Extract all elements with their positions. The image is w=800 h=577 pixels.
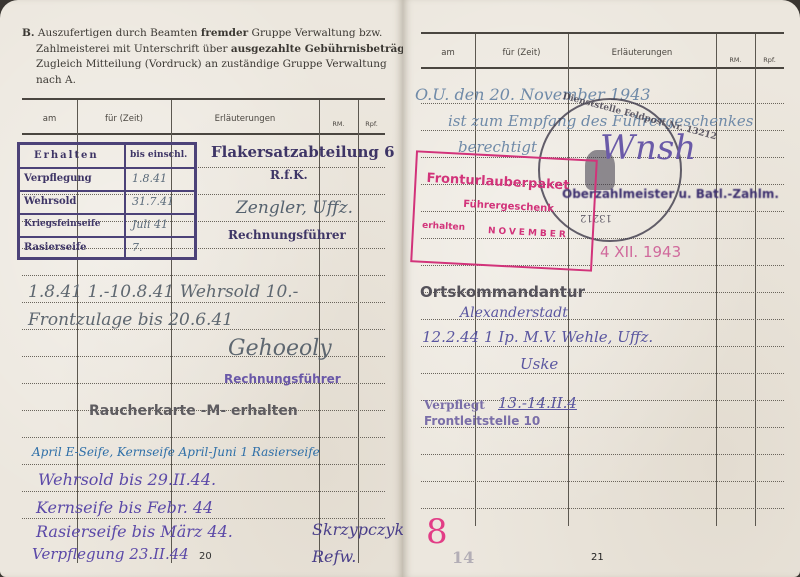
instr-text: Zahlmeisterei mit Unterschrift über xyxy=(36,43,231,55)
instruction-line-4: nach A. xyxy=(22,73,387,89)
dotted-row xyxy=(22,437,385,438)
rechnungsfuehrer-stamp: Rechnungsführer xyxy=(228,228,346,242)
stamp-header-erhalten: Erhalten xyxy=(34,150,99,161)
dotted-row xyxy=(22,518,385,519)
dotted-row xyxy=(421,481,784,482)
instr-text: Auszufertigen durch Beamten xyxy=(38,27,201,39)
stamp-value-rasierseife: 7. xyxy=(132,241,143,254)
stamp-divider xyxy=(124,145,126,257)
fronturlauberpaket-stamp: Fronturlauberpaket Führergeschenk erhalt… xyxy=(410,150,598,271)
col-header-rpf: Rpf. xyxy=(358,120,385,128)
column-divider xyxy=(358,100,359,563)
instruction-line-3: Zugleich Mitteilung (Vordruck) an zustän… xyxy=(22,57,387,73)
stamp-header-bis: bis einschl. xyxy=(130,150,187,160)
dotted-row xyxy=(22,491,385,492)
entry-1-line-1: 1.8.41 1.-10.8.41 Wehrsold 10.- xyxy=(28,282,298,302)
dotted-row xyxy=(22,464,385,465)
col-header-rm: RM. xyxy=(716,56,755,64)
stamp-value-kriegsfeinseife: Juli 41 xyxy=(132,218,168,231)
frontur-line-3b: NOVEMBER xyxy=(488,226,569,240)
col-header-fuer-zeit: für (Zeit) xyxy=(475,48,568,58)
entry-2-line-5: Verpflegung 23.II.44 xyxy=(32,545,189,563)
instruction-line-2: Zahlmeisterei mit Unterschrift über ausg… xyxy=(22,42,387,58)
instructions-block: B. Auszufertigen durch Beamten fremder G… xyxy=(22,26,387,88)
signature-gehoeoly: Gehoeoly xyxy=(228,336,332,361)
col-header-erlaeuterungen: Erläuterungen xyxy=(568,48,716,58)
dotted-row xyxy=(22,275,385,276)
stamp-value-wehrsold: 31.7.41 xyxy=(132,195,174,208)
stamp-row-rule xyxy=(20,190,194,192)
place-alexanderstadt: Alexanderstadt xyxy=(460,305,568,321)
left-page: B. Auszufertigen durch Beamten fremder G… xyxy=(0,0,403,577)
stamp-row-rule xyxy=(20,213,194,215)
signature-large: Wnsh xyxy=(600,128,696,168)
frontleitstelle-stamp: Frontleitstelle 10 xyxy=(424,414,540,428)
erhalten-stamp: Erhalten bis einschl. Verpflegung 1.8.41… xyxy=(17,142,197,260)
dark-official-stamp: Oberzahlmeister u. Batl.-Zahlm. xyxy=(562,187,779,201)
raucherkarte-stamp: Raucherkarte -M- erhalten xyxy=(89,403,298,419)
dotted-row xyxy=(421,346,784,347)
instr-bold: ausgezahlte Gebührnisbeträge. xyxy=(231,43,403,55)
column-divider xyxy=(475,34,476,526)
signature-refw: Refw. xyxy=(312,547,356,566)
stamp-row-rule xyxy=(20,236,194,238)
col-header-erlaeuterungen: Erläuterungen xyxy=(171,114,319,124)
column-divider xyxy=(319,100,320,563)
date-stamp: 4 XII. 1943 xyxy=(600,243,681,261)
column-divider xyxy=(755,34,756,526)
ortskommandantur-entry: 12.2.44 1 Ip. M.V. Wehle, Uffz. xyxy=(422,328,653,346)
col-header-fuer-zeit: für (Zeit) xyxy=(77,114,171,124)
frontur-line-2: Führergeschenk xyxy=(463,199,554,215)
col-header-rm: RM. xyxy=(319,120,358,128)
verpflegt-dates: 13.-14.II.4 xyxy=(498,394,577,412)
signature-uske: Uske xyxy=(520,355,558,373)
frontur-line-1: Fronturlauberpaket xyxy=(426,171,570,193)
dotted-row xyxy=(421,508,784,509)
dotted-row xyxy=(22,302,385,303)
entry-2-line-3: Kernseife bis Febr. 44 xyxy=(36,498,213,517)
entry-2-line-1: April E-Seife, Kernseife April-Juni 1 Ra… xyxy=(32,445,320,459)
dotted-row xyxy=(421,373,784,374)
dotted-row xyxy=(421,454,784,455)
entry-2-line-4: Rasierseife bis März 44. xyxy=(36,522,233,541)
entry-1-line-2: Frontzulage bis 20.6.41 xyxy=(28,310,233,330)
page-number-left: 20 xyxy=(199,551,212,562)
rechnungsfuehrer-stamp-2: Rechnungsführer xyxy=(224,372,341,386)
stamp-label-wehrsold: Wehrsold xyxy=(24,196,76,207)
faded-number: 14 xyxy=(452,548,474,567)
page-number-right: 21 xyxy=(591,552,604,563)
unit-abbrev: R.f.K. xyxy=(270,168,308,182)
signature-zengler: Zengler, Uffz. xyxy=(236,198,353,218)
unit-stamp: Flakersatzabteilung 6 xyxy=(211,143,395,161)
stamp-label-verpflegung: Verpflegung xyxy=(24,173,92,184)
entry-2-line-2: Wehrsold bis 29.II.44. xyxy=(38,470,216,489)
col-header-am: am xyxy=(421,48,475,58)
section-marker: B. xyxy=(22,27,35,39)
pink-mark: 8 xyxy=(426,512,448,552)
ortskommandantur-stamp: Ortskommandantur xyxy=(420,283,585,301)
col-header-am: am xyxy=(22,114,77,124)
stamp-row-rule xyxy=(20,167,194,169)
col-header-rpf: Rpf. xyxy=(755,56,784,64)
stamp-value-verpflegung: 1.8.41 xyxy=(132,172,167,185)
stamp-label-kriegsfeinseife: Kriegsfeinseife xyxy=(24,219,100,229)
instruction-line-1: B. Auszufertigen durch Beamten fremder G… xyxy=(22,26,387,42)
instr-text: Gruppe Verwaltung bzw. xyxy=(248,27,382,39)
signature-skrzypczyk: Skrzypczyk xyxy=(312,520,403,539)
frontur-line-3a: erhalten xyxy=(422,221,465,233)
column-divider xyxy=(568,34,569,526)
verpflegt-label: Verpflegt xyxy=(424,398,485,412)
stamp-label-rasierseife: Rasierseife xyxy=(24,242,87,253)
instr-bold: fremder xyxy=(201,27,248,39)
column-divider xyxy=(716,34,717,526)
